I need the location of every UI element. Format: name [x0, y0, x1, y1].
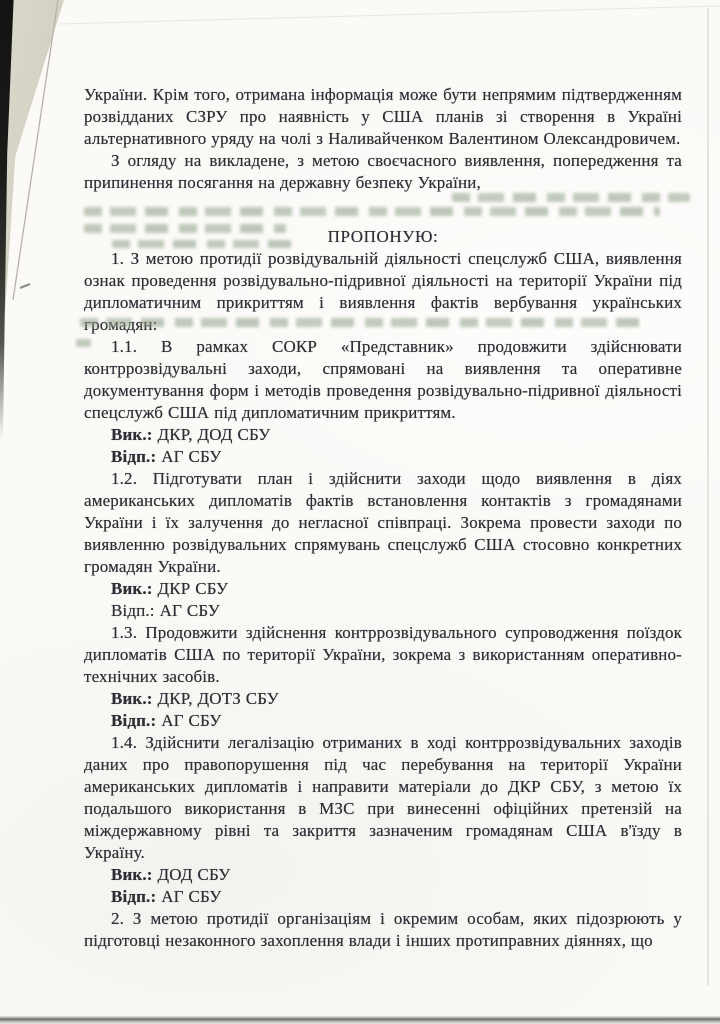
scan-edge-lines [0, 0, 720, 1024]
scanned-document-page: України. Крім того, отримана інформація … [0, 0, 720, 1024]
